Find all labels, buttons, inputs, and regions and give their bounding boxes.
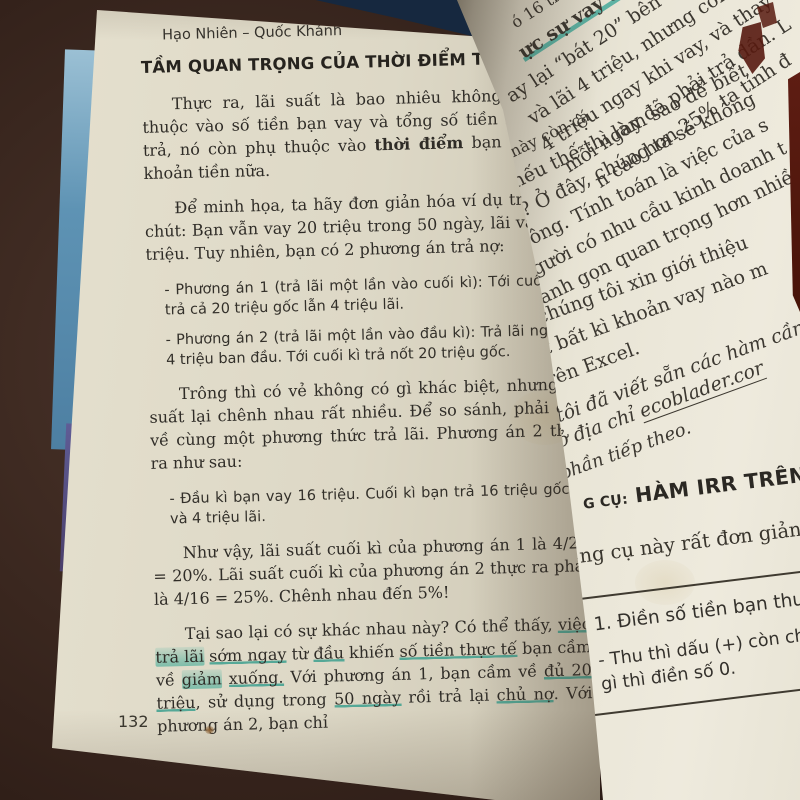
annotated-text-segment: sớm ngay: [209, 645, 287, 666]
section-heading-main: HÀM IRR TRÊN EXCEL: [626, 453, 800, 509]
instruction-box: 1. Điền số tiền bạn thu/chi mỗ- Thu thì …: [579, 556, 800, 716]
annotated-text-segment: khiến: [344, 642, 400, 662]
teal-smudge: [200, 0, 246, 9]
paragraph-1-bold: thời điểm: [374, 133, 463, 154]
annotated-text-segment: trả lãi: [155, 647, 204, 667]
annotated-text-segment: , sử dụng trong: [195, 689, 334, 711]
instruction-line: 1. Điền số tiền bạn thu/chi mỗ: [593, 574, 800, 635]
tool-intro-line: ng cụ này rất đơn giản, chỉ gồ: [578, 502, 800, 567]
annotated-text-segment: từ: [286, 644, 314, 664]
annotated-text-segment: 50 ngày: [334, 688, 401, 709]
annotated-text-segment: xuống.: [228, 668, 283, 688]
annotated-text-segment: đầu: [313, 643, 344, 663]
annotated-text-segment: giảm: [181, 669, 222, 689]
bottom-shadow: [40, 710, 600, 800]
book-photo: { "colors": { "table": "#3a271f", "left_…: [0, 0, 800, 800]
